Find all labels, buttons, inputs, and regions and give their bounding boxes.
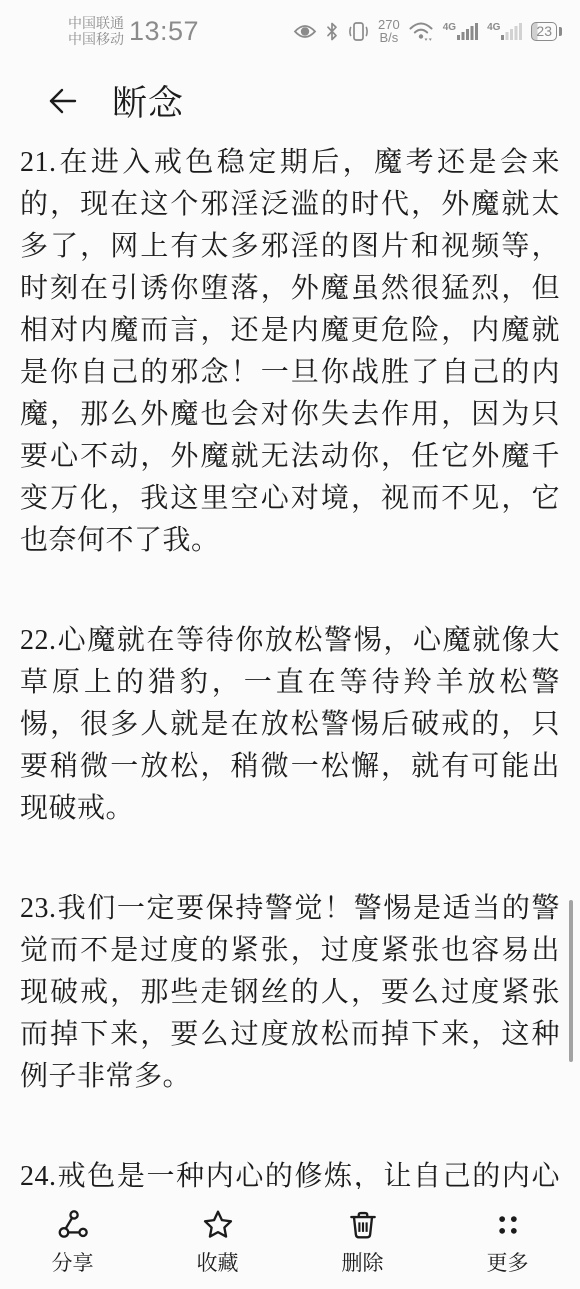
share-label: 分享: [52, 1247, 94, 1277]
back-arrow-icon: [42, 83, 80, 119]
more-button[interactable]: 更多: [435, 1202, 580, 1277]
favorite-button[interactable]: 收藏: [145, 1202, 290, 1277]
star-icon: [200, 1208, 236, 1242]
status-clock: 13:57: [129, 16, 199, 47]
scrollbar-thumb[interactable]: [569, 900, 573, 1062]
trash-icon: [345, 1208, 381, 1242]
sim2-network-label: 4G: [487, 23, 500, 33]
page-title: 断念: [112, 76, 184, 126]
battery-indicator: 23: [531, 22, 562, 41]
eye-protection-icon: [293, 23, 317, 40]
note-content: 21.在进入戒色稳定期后，魔考还是会来的，现在这个邪淫泛滥的时代，外魔就太多了，…: [0, 140, 580, 1240]
sim1-signal: 4G: [443, 22, 479, 41]
status-bar: 中国联通 中国移动 13:57 270 B/s: [0, 0, 580, 56]
page-header: 断念: [0, 56, 580, 140]
sim2-signal: 4G: [487, 22, 523, 41]
network-speed-unit: B/s: [378, 31, 400, 44]
paragraph-22: 22.心魔就在等待你放松警惕，心魔就像大草原上的猎豹，一直在等待羚羊放松警惕，很…: [20, 620, 560, 830]
bluetooth-icon: [325, 22, 339, 41]
wifi-icon: [408, 21, 435, 42]
sim2-signal-bars: [501, 22, 523, 41]
carrier-names: 中国联通 中国移动: [68, 15, 124, 47]
sim1-signal-bars: [457, 22, 479, 41]
sim1-network-label: 4G: [443, 23, 456, 33]
more-icon: [490, 1208, 526, 1242]
share-button[interactable]: 分享: [0, 1202, 145, 1277]
network-speed: 270 B/s: [378, 18, 400, 44]
paragraph-23: 23.我们一定要保持警觉！警惕是适当的警觉而不是过度的紧张，过度紧张也容易出现破…: [20, 888, 560, 1098]
carrier-line2: 中国移动: [68, 31, 124, 47]
battery-nub: [559, 27, 562, 36]
favorite-label: 收藏: [197, 1247, 239, 1277]
delete-button[interactable]: 删除: [290, 1202, 435, 1277]
bottom-toolbar: 分享 收藏 删除 更多: [0, 1189, 580, 1289]
more-label: 更多: [487, 1247, 529, 1277]
paragraph-21: 21.在进入戒色稳定期后，魔考还是会来的，现在这个邪淫泛滥的时代，外魔就太多了，…: [20, 142, 560, 562]
carrier-line1: 中国联通: [68, 15, 124, 31]
back-button[interactable]: [42, 83, 80, 119]
vibrate-icon: [347, 21, 370, 42]
delete-label: 删除: [342, 1247, 384, 1277]
battery-percent: 23: [531, 22, 557, 41]
share-icon: [55, 1208, 91, 1242]
